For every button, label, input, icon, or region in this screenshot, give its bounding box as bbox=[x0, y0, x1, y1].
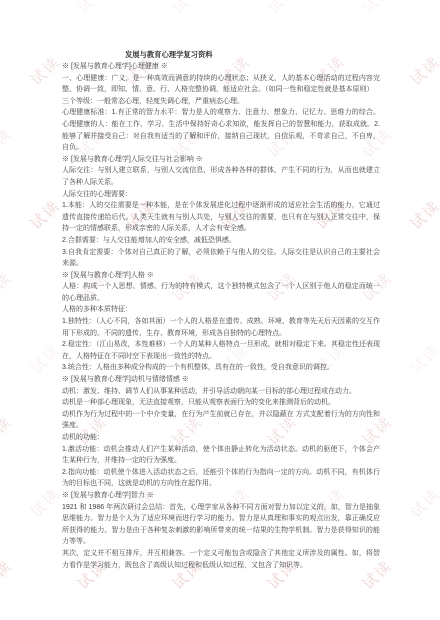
section-header: ※ [发展与教育心理学]人际交往与社会影响 ※ bbox=[62, 154, 380, 166]
paragraph: 三个等级：一般常态心理，轻度失调心理，严重病态心理。 bbox=[62, 96, 380, 108]
watermark-text: 试读 bbox=[0, 411, 16, 450]
watermark-text: 试读 bbox=[0, 267, 16, 306]
paragraph: 心理健康标准：1.有正常的智力水平：智力是人的观察力、注意力、想象力、记忆力、思… bbox=[62, 107, 380, 153]
watermark-text: 试读 bbox=[0, 555, 16, 594]
paragraph: 2.指向功能：动机使个体进入活动状态之后，还能引个体的行为指向一定的方向。动机不… bbox=[62, 467, 380, 490]
paragraph: 动机的功能： bbox=[62, 432, 380, 444]
watermark-text: 试读 bbox=[168, 0, 207, 18]
paragraph: 动机是一种部心理现象，无法直接观察，只能从观察表面行为的变化来推测背后的动机。 bbox=[62, 397, 380, 409]
document-title: 发展与教育心理学复习资料 bbox=[125, 49, 380, 61]
paragraph: 动机作为行为过程中的一个中介变量，在行为产生前就已存在，并以隐蔽在 方式支配着行… bbox=[62, 409, 380, 432]
section-header: ※ [发展与教育心理学]心理健康 ※ bbox=[62, 61, 380, 73]
watermark-text: 试读 bbox=[406, 195, 440, 234]
paragraph: 1921 和 1986 年两次研讨会总结：首先，心理学家从各种不同方面对智力加以… bbox=[62, 502, 380, 548]
paragraph: 人格：构成一个人思想、情感、行为的特有模式，这个独特模式包含了一个人区别于他人的… bbox=[62, 281, 380, 304]
paragraph: 1.独特性：（人心不同，各如其面）一个人的人格是在遗传、成熟、环境、教育等先天后… bbox=[62, 316, 380, 339]
section-header: ※ [发展与教育心理学]动机与情绪情感 ※ bbox=[62, 374, 380, 386]
watermark-text: 试读 bbox=[26, 51, 65, 90]
paragraph: 人格的多种本质特征： bbox=[62, 304, 380, 316]
document-page: 试读试读试读试读试读试读试读试读试读试读试读试读试读试读试读试读试读试读试读试读… bbox=[0, 0, 440, 620]
paragraph: 人际交往：与别人建立联系，与别人交流信息，形成各种各样的群体，产生不同的行为，从… bbox=[62, 165, 380, 188]
paragraph: 2.合群需要：与人交往能增加人的安全感，减低恐惧感。 bbox=[62, 235, 380, 247]
document-content: 发展与教育心理学复习资料 ※ [发展与教育心理学]心理健康 ※一、心理健康：广义… bbox=[62, 49, 380, 571]
watermark-text: 试读 bbox=[358, 0, 397, 18]
paragraph: 1.本能：人的交往需要是一种本能，是在个体发展进化过程中逐渐形成的适应社会生活的… bbox=[62, 200, 380, 235]
paragraph: 其次，定义并不相互排斥，并互相兼容。一个定义可能包含或隐含了其他定义所涉及的属性… bbox=[62, 548, 380, 571]
watermark-text: 试读 bbox=[263, 0, 302, 18]
document-body: ※ [发展与教育心理学]心理健康 ※一、心理健康：广义，是一种高效而满意的持续的… bbox=[62, 61, 380, 571]
watermark-text: 试读 bbox=[26, 195, 65, 234]
watermark-text: 试读 bbox=[0, 0, 16, 18]
paragraph: 一、心理健康：广义，是一种高效而满意的持续的心理状态；从狭义，人的基本心理活动的… bbox=[62, 73, 380, 96]
paragraph: 3.自我肯定需要：个体对自己真正的了解，必须依赖于与他人的交往。人际交往是认识自… bbox=[62, 247, 380, 270]
watermark-text: 试读 bbox=[26, 339, 65, 378]
watermark-text: 试读 bbox=[26, 483, 65, 522]
watermark-text: 试读 bbox=[406, 51, 440, 90]
watermark-text: 试读 bbox=[73, 0, 112, 18]
paragraph: 1.激活功能：动机会推动人们产生某种活动，使个体由静止转化为活动状态。动机的驱使… bbox=[62, 444, 380, 467]
section-header: ※ [发展与教育心理学]智力 ※ bbox=[62, 490, 380, 502]
paragraph: 动机：激发、维持、调节人们从事某种活动，并引导活动朝向某一目标的部心理过程或在动… bbox=[62, 386, 380, 398]
watermark-text: 试读 bbox=[0, 123, 16, 162]
paragraph: 2.稳定性：（江山易改，本性难移）一个人的某种人格特点一旦形成，就相对稳定下来。… bbox=[62, 339, 380, 362]
paragraph: 人际交往的心理需要： bbox=[62, 189, 380, 201]
watermark-text: 试读 bbox=[406, 483, 440, 522]
paragraph: 3.统合性：人格由多种成分构成的一个有机整体，具有在的一致性，受自我意识的调控。 bbox=[62, 362, 380, 374]
watermark-text: 试读 bbox=[406, 339, 440, 378]
section-header: ※ [发展与教育心理学]人格 ※ bbox=[62, 270, 380, 282]
